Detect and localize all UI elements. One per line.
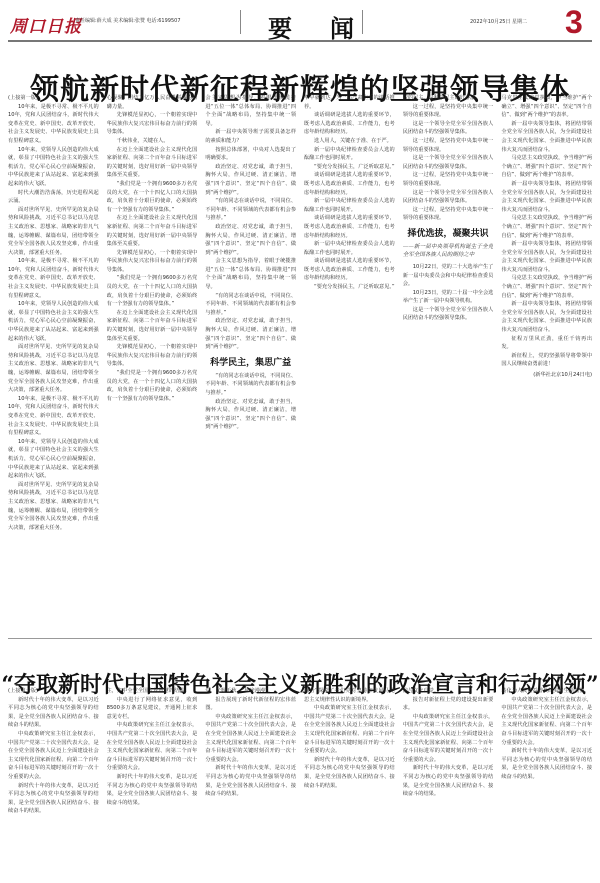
paragraph: 新时代十年的伟大变革，是以习近平同志为核心的党中央坚强领导的结果，是全党全国各族… [403, 764, 494, 798]
paragraph: 主，集中全党全国人民智慧的结晶。 [107, 687, 198, 696]
paragraph: 新一届中央纪律检查委员会人选的酝酿工作也同时展开。 [304, 197, 395, 214]
paragraph: 这是一个领导全党全军全国各族人民团结奋斗的坚强领导集体。 [403, 189, 494, 206]
paragraph: 10年来，党领导人民创造的伟大成就，彰显了中国特色社会主义的强大生机活力，党心军… [8, 300, 99, 343]
article1-body: (上接第一版) 10年来，是极不寻常、极不平凡的10年，党和人民团结奋斗，新时代… [8, 94, 592, 634]
paragraph: 报告对新征程上党的建设提出新要求。 [403, 696, 494, 713]
paragraph: 面对世所罕见、史所罕见的复杂局势和风险挑战，习近平总书记以马克思主义政治家、思想… [8, 481, 99, 533]
paragraph: 马克思主义政党执政，争当维护“两个确立”、增强“四个意识”、坚定“四个自信”、做… [501, 214, 592, 240]
paragraph: 面对世所罕见、史所罕见的复杂局势和风险挑战，习近平总书记以马克思主义政治家、思想… [8, 343, 99, 395]
paragraph: 在迈上全面建设社会主义现代化国家新征程、向第二个百年奋斗目标进军的关键时刻，选好… [107, 146, 198, 180]
paragraph: 信与文化自觉。 [403, 687, 494, 696]
paragraph: 中央进行了网络征求意见，收到8500多万条意见建议，开通网上征求意见专栏。 [107, 696, 198, 722]
article2-col6: 转化为人民日益增长的美好生活需要。 中央政策研究室主任江金权表示，中国共产党第二… [501, 687, 592, 877]
paragraph: 新一届中央领导集体，将团结带领全党全军全国各族人民，为全面建设社会主义现代化国家… [501, 120, 592, 154]
paragraph: 谈话调研是选拔人选的重要环节，既考虑人选政治素质、工作能力，也考虑年龄结构和经历… [304, 257, 395, 283]
paragraph: 这一过程，是坚持党中央集中统一领导的重要体现。 [403, 206, 494, 223]
paragraph: “我们党是一个拥有9600多万名党员的大党，在一个十四亿人口的大国执政，肩负着十… [107, 274, 198, 308]
paragraph: 面对世所罕见、史所罕见的复杂局势和风险挑战，习近平总书记以马克思主义政治家、思想… [8, 206, 99, 258]
paragraph: 先锋模范显初心，一个朝着实现中华民族伟大复兴宏伟目标奋力前行的领导集体。 [107, 249, 198, 275]
paragraph: 10年来，党领导人民创造的伟大成就，彰显了中国特色社会主义的强大生机活力，党心军… [8, 146, 99, 189]
paragraph: 选人用人，关键在于准、在于严。 [304, 137, 395, 146]
masthead: 周口日报 责任编辑:薛大成 美术编辑:张赞 电话:6199507 要闻 2022… [0, 0, 600, 42]
header-rule [8, 40, 592, 42]
paragraph: 这一过程，是坚持党中央集中统一领导的重要体现。 [403, 103, 494, 120]
paragraph: “我们党是一个拥有9600多万名党员的大党，在一个十四亿人口的大国执政，肩负着十… [107, 180, 198, 214]
paragraph: 这一过程，是坚持党中央集中统一领导的重要体现。 [403, 171, 494, 188]
paragraph: 马克思主义政党执政，争当维护“两个确立”、增强“四个意识”、坚定“四个自信”、做… [501, 94, 592, 120]
paragraph: 这是一个领导全党全军全国各族人民团结奋斗的坚强领导集体。 [403, 306, 494, 323]
paragraph: 这是一个领导全党全军全国各族人民团结奋斗的坚强领导集体。 [403, 154, 494, 171]
paragraph: 中央政策研究室主任江金权表示，中国共产党第二十次全国代表大会，是在全党全国各族人… [8, 730, 99, 782]
paragraph: 新时代十年的伟大变革，是以习近平同志为核心的党中央坚强领导的结果，是全党全国各族… [8, 782, 99, 816]
paragraph: 千秋伟业，关键在人。 [107, 137, 198, 146]
article1-col6: 马克思主义政党执政，争当维护“两个确立”、增强“四个意识”、坚定“四个自信”、做… [501, 94, 592, 634]
article-divider [8, 638, 592, 639]
paragraph: 按照总体部署，中央对人选提出了明确要求。 [205, 146, 296, 163]
article1-col4: 早早就到达，为一届严肃庄重的谈话推荐。 谈话调研是选拔人选的重要环节，既考虑人选… [304, 94, 395, 634]
paragraph: 政治坚定、对党忠诚，敢于担当，胸怀大局，作风过硬、清正廉洁，增强“四个意识”、坚… [205, 317, 296, 351]
divider [240, 10, 241, 34]
paragraph: 谈话调研是选拔人选的重要环节，既考虑人选政治素质、工作能力，也考虑年龄结构和经历… [304, 171, 395, 197]
continued-from: (上接第一版) [8, 687, 99, 696]
paper-logo: 周口日报 [10, 12, 82, 37]
article1-col2: 心凝聚，团结了亿万人民奋勇拼搏的磅礴力量。 先锋模范显初心，一个朝着实现中华民族… [107, 94, 198, 634]
paragraph: 中央政策研究室主任江金权表示，中国共产党第二十次全国代表大会，是在全党全国各族人… [403, 713, 494, 765]
paragraph: 心凝聚，团结了亿万人民奋勇拼搏的磅礴力量。 [107, 94, 198, 111]
article2-col3: 党，光辉千秋。“征途漫漫”。 报告展现了新时代新征程的宏伟蓝图。 中央政策研究室… [205, 687, 296, 877]
paragraph: 新时代十年的伟大变革，是以习近平同志为核心的党中央坚强领导的结果，是全党全国各族… [8, 696, 99, 730]
paragraph: 新一届中央纪律检查委员会人选的酝酿工作也同时展开。 [304, 146, 395, 163]
paragraph: 先锋模范显初心，一个朝着实现中华民族伟大复兴宏伟目标奋力前行的领导集体。 [107, 343, 198, 369]
paragraph: 新一届中央纪律检查委员会人选的酝酿工作也同时展开。 [304, 240, 395, 257]
paragraph: 政治坚定、对党忠诚，敢于担当，胸怀大局，作风过硬、清正廉洁，增强“四个意识”、坚… [205, 163, 296, 197]
paragraph: 中央政策研究室主任江金权表示，中国共产党第二十次全国代表大会，是在全党全国各族人… [107, 721, 198, 773]
subhead: 择优选拔，凝聚共识 [403, 227, 494, 241]
paragraph: “我们党是一个拥有9600多万名党员的大党，在一个十四亿人口的大国执政，肩负着十… [107, 369, 198, 403]
paragraph: 新时代十年的伟大变革，是以习近平同志为核心的党中央坚强领导的结果，是全党全国各族… [501, 747, 592, 781]
paragraph: 新一届中央领导集体，将团结带领全党全军全国各族人民，为全面建设社会主义现代化国家… [501, 240, 592, 274]
paragraph: 10年来，是极不寻常、极不平凡的10年，党和人民团结奋斗，新时代伟大变革在党史、… [8, 103, 99, 146]
paragraph: 早早就到达，为一届严肃庄重的谈话推荐。 [304, 94, 395, 111]
article1-col3: 会主义思想为指导，着眼于统揽推进“五位一体”总体布局、协调推进“四个全面”战略布… [205, 94, 296, 634]
paragraph: 新一届中央领导班子需要具备怎样的素质和能力？ [205, 128, 296, 145]
article1-col5: 效的民主，是科学民主的好办法。 这一过程，是坚持党中央集中统一领导的重要体现。 … [403, 94, 494, 634]
paragraph: 党，光辉千秋。“征途漫漫”。 [205, 687, 296, 696]
editor-credits: 责任编辑:薛大成 美术编辑:张赞 电话:6199507 [75, 17, 181, 24]
paragraph: 马克思主义政党执政，争当维护“两个确立”、增强“四个意识”、坚定“四个自信”、做… [501, 274, 592, 300]
paragraph: 10年来，党领导人民创造的伟大成就，彰显了中国特色社会主义的强大生机活力，党心军… [8, 438, 99, 481]
paragraph: 这一过程，是坚持党中央集中统一领导的重要体现。 [403, 137, 494, 154]
paragraph: 10月22日，党的二十大选举产生了新一届中央委员会和中央纪律检查委员会。 [403, 263, 494, 289]
paragraph: 转化为人民日益增长的美好生活需要。 [501, 687, 592, 696]
paragraph: 中央政策研究室主任江金权表示，中国共产党第二十次全国代表大会，是在全党全国各族人… [205, 713, 296, 765]
subhead: 科学民主，集思广益 [205, 356, 296, 370]
article2-col1: (上接第一版) 新时代十年的伟大变革，是以习近平同志为核心的党中央坚强领导的结果… [8, 687, 99, 877]
paragraph: 在迈上全面建设社会主义现代化国家新征程、向第二个百年奋斗目标进军的关键时刻，选好… [107, 309, 198, 343]
paragraph: 会主义思想为指导，着眼于统揽推进“五位一体”总体布局、协调推进“四个全面”战略布… [205, 257, 296, 291]
article2-col5: 信与文化自觉。 报告对新征程上党的建设提出新要求。 中央政策研究室主任江金权表示… [403, 687, 494, 877]
paragraph: 征程万里风正劲，重任千钧再出发。 [501, 335, 592, 352]
page-number: 3 [565, 4, 583, 41]
issue-date: 2022年10月25日 星期二 [470, 18, 527, 25]
paragraph: 效的民主，是科学民主的好办法。 [403, 94, 494, 103]
paragraph: 融合”探索了我们党对坚持和发展马克思主义规律性认识的新境界。 [304, 687, 395, 704]
paragraph: 在迈上全面建设社会主义现代化国家新征程、向第二个百年奋斗目标进军的关键时刻，选好… [107, 214, 198, 248]
paragraph: “有的同志在谈话中说，不同岗位、不同年龄、不同领域的代表都有机会参与推荐。” [205, 292, 296, 318]
byline: (新华社北京10月24日电) [501, 371, 592, 380]
paragraph: 政治坚定、对党忠诚，敢于担当，胸怀大局，作风过硬、清正廉洁，增强“四个意识”、坚… [205, 223, 296, 257]
paragraph: 谈话调研是选拔人选的重要环节，既考虑人选政治素质、工作能力，也考虑年龄结构和经历… [304, 214, 395, 240]
paragraph: “要充分发扬民主，广泛听取意见。” [304, 163, 395, 172]
article2-col4: 融合”探索了我们党对坚持和发展马克思主义规律性认识的新境界。 中央政策研究室主任… [304, 687, 395, 877]
paragraph: 新一届中央领导集体，将团结带领全党全军全国各族人民，为全面建设社会主义现代化国家… [501, 300, 592, 334]
article1-col1: (上接第一版) 10年来，是极不寻常、极不平凡的10年，党和人民团结奋斗，新时代… [8, 94, 99, 634]
paragraph: 中央政策研究室主任江金权表示，中国共产党第二十次全国代表大会，是在全党全国各族人… [501, 696, 592, 748]
paragraph: 报告展现了新时代新征程的宏伟蓝图。 [205, 696, 296, 713]
paragraph: 新一届中央领导集体，将团结带领全党全军全国各族人民，为全面建设社会主义现代化国家… [501, 180, 592, 214]
paragraph: 这是一个领导全党全军全国各族人民团结奋斗的坚强领导集体。 [403, 120, 494, 137]
paragraph: 政治坚定、对党忠诚，敢于担当，胸怀大局，作风过硬、清正廉洁，增强“四个意识”、坚… [205, 398, 296, 432]
paragraph: 会主义思想为指导，着眼于统揽推进“五位一体”总体布局、协调推进“四个全面”战略布… [205, 94, 296, 128]
paragraph: “有的同志在谈话中说，不同岗位、不同年龄、不同领域的代表都有机会参与推荐。” [205, 372, 296, 398]
paragraph: “要充分发扬民主，广泛听取意见。” [304, 283, 395, 292]
paragraph: 10年来，是极不寻常、极不平凡的10年，党和人民团结奋斗，新时代伟大变革在党史、… [8, 395, 99, 438]
paragraph: 新时代十年的伟大变革，是以习近平同志为核心的党中央坚强领导的结果，是全党全国各族… [107, 773, 198, 807]
paragraph: 先锋模范显初心，一个朝着实现中华民族伟大复兴宏伟目标奋力前行的领导集体。 [107, 111, 198, 137]
article2-body: (上接第一版) 新时代十年的伟大变革，是以习近平同志为核心的党中央坚强领导的结果… [8, 687, 592, 877]
paragraph: 中央政策研究室主任江金权表示，中国共产党第二十次全国代表大会，是在全党全国各族人… [304, 704, 395, 756]
paragraph: 新征程上，党的坚强领导将带领中国人民继续奋勇前进！ [501, 352, 592, 369]
paragraph: 马克思主义政党执政，争当维护“两个确立”、增强“四个意识”、坚定“四个自信”、做… [501, 154, 592, 180]
paragraph: 谈话调研是选拔人选的重要环节，既考虑人选政治素质、工作能力，也考虑年龄结构和经历… [304, 111, 395, 137]
article2-col2: 主，集中全党全国人民智慧的结晶。 中央进行了网络征求意见，收到8500多万条意见… [107, 687, 198, 877]
subdeck: ——新一届中央领导机构诞生于全党全军全国各族人民的期待之中 [403, 243, 494, 260]
divider [362, 10, 363, 34]
paragraph: “有的同志在谈话中说，不同岗位、不同年龄、不同领域的代表都有机会参与推荐。” [205, 197, 296, 223]
paragraph: 10月23日，党的二十届一中全会选举产生了新一届中央领导机构。 [403, 289, 494, 306]
paragraph: 新时代十年的伟大变革，是以习近平同志为核心的党中央坚强领导的结果，是全党全国各族… [304, 756, 395, 790]
paragraph: 10年来，是极不寻常、极不平凡的10年，党和人民团结奋斗，新时代伟大变革在党史、… [8, 257, 99, 300]
paragraph: 新时代十年的伟大变革，是以习近平同志为核心的党中央坚强领导的结果，是全党全国各族… [205, 764, 296, 798]
continued-from: (上接第一版) [8, 94, 99, 103]
section-name: 要闻 [268, 9, 392, 44]
paragraph: 时代大潮浩浩荡荡，历史进程风起云涌。 [8, 189, 99, 206]
